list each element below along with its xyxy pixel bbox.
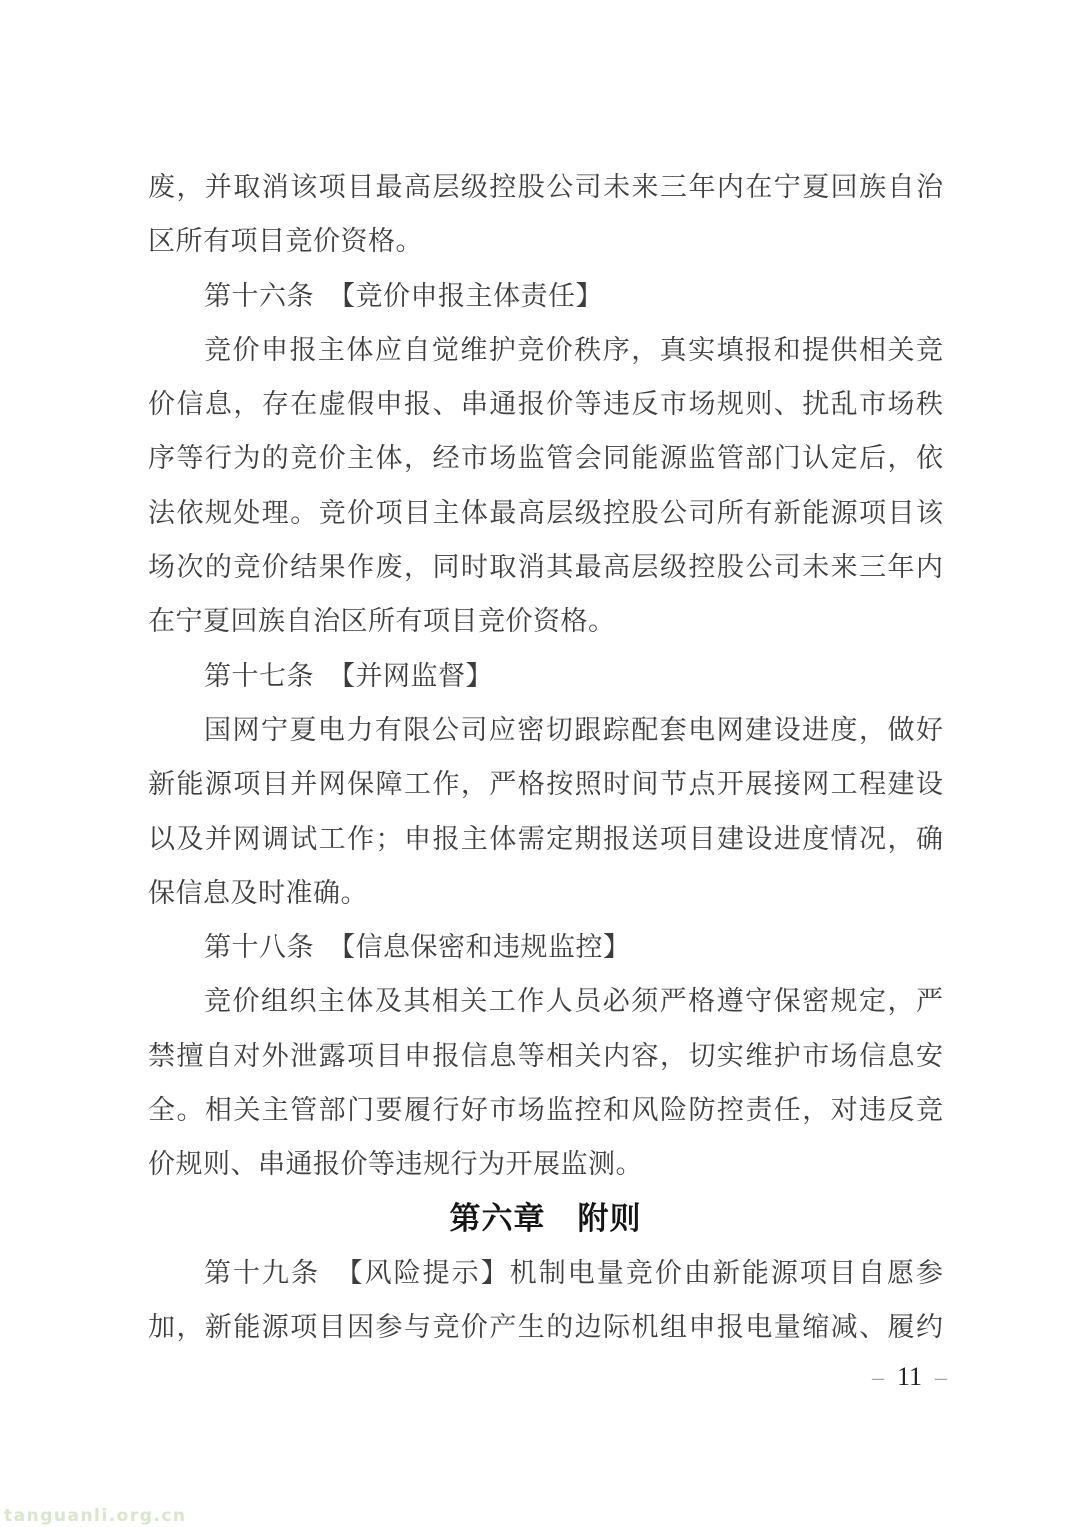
document-page: { "document": { "lines": [ { "text": "废，… <box>0 0 1080 1527</box>
text-line: 加，新能源项目因参与竞价产生的边际机组申报电量缩减、履约 <box>148 1300 943 1354</box>
text-line: 保信息及时准确。 <box>148 866 943 920</box>
text-line: 价信息，存在虚假申报、串通报价等违反市场规则、扰乱市场秩 <box>148 377 943 431</box>
text-line: 竞价申报主体应自觉维护竞价秩序，真实填报和提供相关竞 <box>148 323 943 377</box>
article-18-heading: 第十八条 【信息保密和违规监控】 <box>148 920 943 974</box>
page-number-dash-right: – <box>935 1365 947 1391</box>
document-text-block: 废，并取消该项目最高层级控股公司未来三年内在宁夏回族自治 区所有项目竞价资格。 … <box>148 160 943 1355</box>
article-16-heading: 第十六条 【竞价申报主体责任】 <box>148 269 943 323</box>
text-line: 禁擅自对外泄露项目申报信息等相关内容，切实维护市场信息安 <box>148 1029 943 1083</box>
text-line: 国网宁夏电力有限公司应密切跟踪配套电网建设进度，做好 <box>148 703 943 757</box>
text-line: 序等行为的竞价主体，经市场监管会同能源监管部门认定后，依 <box>148 431 943 485</box>
chapter-6-heading: 第六章 附则 <box>148 1192 943 1246</box>
text-line: 全。相关主管部门要履行好市场监控和风险防控责任，对违反竞 <box>148 1083 943 1137</box>
text-line: 竞价组织主体及其相关工作人员必须严格遵守保密规定，严 <box>148 974 943 1028</box>
text-line: 场次的竞价结果作废，同时取消其最高层级控股公司未来三年内 <box>148 540 943 594</box>
text-line: 在宁夏回族自治区所有项目竞价资格。 <box>148 594 943 648</box>
page-number-value: 11 <box>897 1362 922 1391</box>
text-line: 以及并网调试工作；申报主体需定期报送项目建设进度情况，确 <box>148 812 943 866</box>
watermark: tanguanli.org.cn <box>4 1506 187 1526</box>
article-19-heading: 第十九条 【风险提示】机制电量竞价由新能源项目自愿参 <box>148 1246 943 1300</box>
article-17-heading: 第十七条 【并网监督】 <box>148 649 943 703</box>
text-line: 区所有项目竞价资格。 <box>148 214 943 268</box>
page-number: –11– <box>872 1362 947 1392</box>
text-line: 法依规处理。竞价项目主体最高层级控股公司所有新能源项目该 <box>148 486 943 540</box>
text-line: 价规则、串通报价等违规行为开展监测。 <box>148 1137 943 1191</box>
text-line: 废，并取消该项目最高层级控股公司未来三年内在宁夏回族自治 <box>148 160 943 214</box>
page-number-dash-left: – <box>872 1365 884 1391</box>
text-line: 新能源项目并网保障工作，严格按照时间节点开展接网工程建设 <box>148 757 943 811</box>
